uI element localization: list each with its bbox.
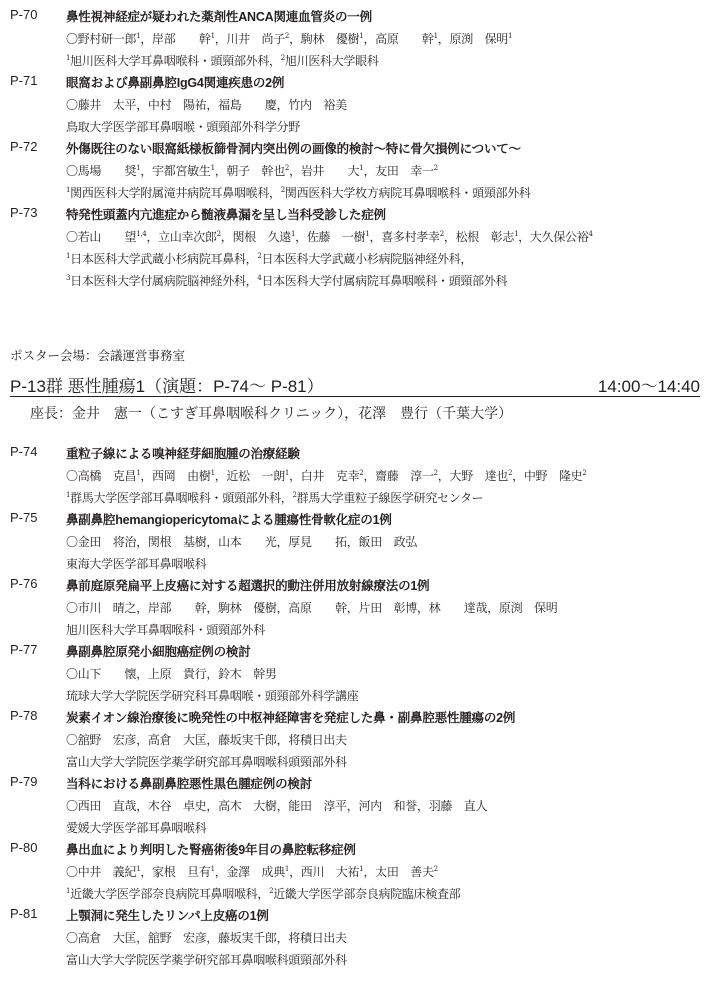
footnote-marker: 1 (359, 865, 363, 873)
abstract-title: 鼻前庭原発扁平上皮癌に対する超選択的動注併用放射線療法の1例 (66, 575, 710, 597)
footnote-marker: 2 (285, 32, 289, 40)
footnote-marker: 1 (136, 164, 140, 172)
footnote-marker: 2 (285, 164, 289, 172)
abstract-affiliation: 1関西医科大学附属滝井病院耳鼻咽喉科，2関西医科大学枚方病院耳鼻咽喉科・頭頸部外… (66, 182, 710, 204)
abstract-title: 外傷既往のない眼窩紙様板篩骨洞内突出例の画像的検討～特に骨欠損例について～ (66, 138, 710, 160)
footnote-marker: 1 (434, 32, 438, 40)
footnote-marker: 2 (257, 252, 261, 260)
abstract-entry: P-80鼻出血により判明した腎癌術後9年目の鼻腔転移症例〇中井 義紀1，家根 旦… (0, 839, 710, 905)
venue-label: ポスター会場：会議運営事務室 (10, 346, 185, 364)
abstract-authors: 〇馬場 奨1，宇都宮敏生1，朝子 幹也2，岩井 大1，友田 幸一2 (66, 160, 710, 182)
abstract-id: P-76 (10, 576, 37, 591)
abstract-authors: 〇中井 義紀1，家根 旦有1，金澤 成典1，西川 大祐1，太田 善夫2 (66, 861, 710, 883)
abstract-entry: P-71眼窩および鼻副鼻腔IgG4関連疾患の2例〇藤井 太平，中村 陽祐，福島 … (0, 72, 710, 138)
footnote-marker: 2 (440, 230, 444, 238)
footnote-marker: 1 (66, 491, 70, 499)
footnote-marker: 1 (211, 865, 215, 873)
footnote-marker: 1 (211, 469, 215, 477)
abstract-affiliation: 1日本医科大学武蔵小杉病院耳鼻科，2日本医科大学武蔵小杉病院脳神経外科， (66, 248, 710, 270)
session-chairs: 座長：金井 憲一（こすぎ耳鼻咽喉科クリニック），花澤 豊行（千葉大学） (30, 403, 512, 423)
footnote-marker: 1 (66, 186, 70, 194)
abstract-affiliation: 1近畿大学医学部奈良病院耳鼻咽喉科，2近畿大学医学部奈良病院臨床検査部 (66, 883, 710, 905)
footnote-marker: 2 (434, 164, 438, 172)
abstract-affiliation: 琉球大学大学院医学研究科耳鼻咽喉・頭頸部外科学講座 (66, 685, 710, 707)
abstract-authors: 〇藤井 太平，中村 陽祐，福島 慶，竹内 裕美 (66, 94, 710, 116)
session-time: 14:00～14:40 (598, 372, 700, 397)
abstract-affiliation: 東海大学医学部耳鼻咽喉科 (66, 553, 710, 575)
abstract-title: 鼻副鼻腔hemangiopericytomaによる腫瘍性骨軟化症の1例 (66, 509, 710, 531)
abstract-affiliation: 1群馬大学医学部耳鼻咽喉科・頭頸部外科，2群馬大学重粒子線医学研究センター (66, 487, 710, 509)
abstract-affiliation: 旭川医科大学耳鼻咽喉科・頭頸部外科 (66, 619, 710, 641)
abstract-entry: P-79当科における鼻副鼻腔悪性黒色腫症例の検討〇西田 直哉，木谷 卓史，高木 … (0, 773, 710, 839)
footnote-marker: 1 (508, 32, 512, 40)
abstract-id: P-79 (10, 774, 37, 789)
abstract-title: 炭素イオン線治療後に晩発性の中枢神経障害を発症した鼻・副鼻腔悪性腫瘍の2例 (66, 707, 710, 729)
footnote-marker: 2 (217, 230, 221, 238)
abstract-title: 上顎洞に発生したリンパ上皮癌の1例 (66, 905, 710, 927)
abstract-authors: 〇金田 将治，関根 基樹，山本 光，厚見 拓，飯田 政弘 (66, 531, 710, 553)
abstract-list-lower: P-74重粒子線による嗅神経芽細胞腫の治療経験〇高橋 克昌1，西岡 由樹1，近松… (0, 443, 710, 971)
abstract-title: 鼻性視神経症が疑われた薬剤性ANCA関連血管炎の一例 (66, 6, 710, 28)
footnote-marker: 2 (269, 887, 273, 895)
footnote-marker: 1 (285, 865, 289, 873)
abstract-id: P-74 (10, 444, 37, 459)
abstract-entry: P-75鼻副鼻腔hemangiopericytomaによる腫瘍性骨軟化症の1例〇… (0, 509, 710, 575)
abstract-authors: 〇山下 懐，上原 貴行，鈴木 幹男 (66, 663, 710, 685)
footnote-marker: 4 (588, 230, 592, 238)
abstract-entry: P-81上顎洞に発生したリンパ上皮癌の1例〇高倉 大匡，舘野 宏彦，藤坂実千郎，… (0, 905, 710, 971)
abstract-entry: P-77鼻副鼻腔原発小細胞癌症例の検討〇山下 懐，上原 貴行，鈴木 幹男琉球大学… (0, 641, 710, 707)
abstract-title: 鼻副鼻腔原発小細胞癌症例の検討 (66, 641, 710, 663)
abstract-entry: P-74重粒子線による嗅神経芽細胞腫の治療経験〇高橋 克昌1，西岡 由樹1，近松… (0, 443, 710, 509)
abstract-affiliation: 1旭川医科大学耳鼻咽喉科・頭頸部外科，2旭川医科大学眼科 (66, 50, 710, 72)
abstract-authors: 〇野村研一郎1，岸部 幹1，川井 尚子2，駒林 優樹1，高原 幹1，原渕 保明1 (66, 28, 710, 50)
footnote-marker: 1 (365, 230, 369, 238)
footnote-marker: 2 (582, 469, 586, 477)
session-header: P-13群 悪性腫瘍1（演題：P-74～ P-81） 14:00～14:40 (10, 370, 700, 397)
footnote-marker: 1 (514, 230, 518, 238)
abstract-authors: 〇高倉 大匡，舘野 宏彦，藤坂実千郎，将積日出夫 (66, 927, 710, 949)
abstract-authors: 〇市川 晴之，岸部 幹，駒林 優樹，高原 幹，片田 彰博，林 達哉，原渕 保明 (66, 597, 710, 619)
abstract-id: P-78 (10, 708, 37, 723)
abstract-id: P-71 (10, 73, 37, 88)
footnote-marker: 2 (281, 186, 285, 194)
footnote-marker: 1 (136, 469, 140, 477)
abstract-entry: P-70鼻性視神経症が疑われた薬剤性ANCA関連血管炎の一例〇野村研一郎1，岸部… (0, 6, 710, 72)
abstract-title: 当科における鼻副鼻腔悪性黒色腫症例の検討 (66, 773, 710, 795)
abstract-title: 鼻出血により判明した腎癌術後9年目の鼻腔転移症例 (66, 839, 710, 861)
footnote-marker: 2 (434, 469, 438, 477)
abstract-authors: 〇高橋 克昌1，西岡 由樹1，近松 一朗1，白井 克幸2，齋藤 淳一2，大野 達… (66, 465, 710, 487)
footnote-marker: 1,4 (136, 230, 146, 238)
footnote-marker: 2 (292, 491, 296, 499)
abstract-entry: P-78炭素イオン線治療後に晩発性の中枢神経障害を発症した鼻・副鼻腔悪性腫瘍の2… (0, 707, 710, 773)
abstract-entry: P-73特発性頭蓋内亢進症から髄液鼻漏を呈し当科受診した症例〇若山 望1,4，立… (0, 204, 710, 292)
footnote-marker: 1 (359, 32, 363, 40)
abstract-list-upper: P-70鼻性視神経症が疑われた薬剤性ANCA関連血管炎の一例〇野村研一郎1，岸部… (0, 6, 710, 292)
footnote-marker: 1 (66, 54, 70, 62)
footnote-marker: 2 (359, 469, 363, 477)
abstract-entry: P-72外傷既往のない眼窩紙様板篩骨洞内突出例の画像的検討～特に骨欠損例について… (0, 138, 710, 204)
abstract-id: P-73 (10, 205, 37, 220)
abstract-authors: 〇舘野 宏彦，高倉 大匡，藤坂実千郎，将積日出夫 (66, 729, 710, 751)
footnote-marker: 1 (291, 230, 295, 238)
footnote-marker: 1 (359, 164, 363, 172)
abstract-title: 重粒子線による嗅神経芽細胞腫の治療経験 (66, 443, 710, 465)
abstract-authors: 〇若山 望1,4，立山幸次郎2，関根 久遠1，佐藤 一樹1，喜多村孝幸2，松根 … (66, 226, 710, 248)
abstract-id: P-80 (10, 840, 37, 855)
footnote-marker: 1 (66, 887, 70, 895)
abstract-affiliation: 愛媛大学医学部耳鼻咽喉科 (66, 817, 710, 839)
abstract-id: P-75 (10, 510, 37, 525)
abstract-affiliation: 鳥取大学医学部耳鼻咽喉・頭頸部外科学分野 (66, 116, 710, 138)
footnote-marker: 1 (211, 32, 215, 40)
footnote-marker: 1 (285, 469, 289, 477)
footnote-marker: 1 (136, 32, 140, 40)
abstract-authors: 〇西田 直哉，木谷 卓史，高木 大樹，能田 淳平，河内 和誉，羽藤 直人 (66, 795, 710, 817)
abstract-entry: P-76鼻前庭原発扁平上皮癌に対する超選択的動注併用放射線療法の1例〇市川 晴之… (0, 575, 710, 641)
abstract-affiliation: 富山大学大学院医学薬学研究部耳鼻咽喉科頭頸部外科 (66, 949, 710, 971)
footnote-marker: 3 (66, 274, 70, 282)
footnote-marker: 1 (66, 252, 70, 260)
abstract-id: P-70 (10, 7, 37, 22)
footnote-marker: 2 (508, 469, 512, 477)
abstract-title: 眼窩および鼻副鼻腔IgG4関連疾患の2例 (66, 72, 710, 94)
abstract-affiliation: 3日本医科大学付属病院脳神経外科，4日本医科大学付属病院耳鼻咽喉科・頭頸部外科 (66, 270, 710, 292)
footnote-marker: 4 (257, 274, 261, 282)
footnote-marker: 1 (211, 164, 215, 172)
footnote-marker: 1 (136, 865, 140, 873)
abstract-title: 特発性頭蓋内亢進症から髄液鼻漏を呈し当科受診した症例 (66, 204, 710, 226)
footnote-marker: 2 (434, 865, 438, 873)
abstract-id: P-77 (10, 642, 37, 657)
footnote-marker: 2 (281, 54, 285, 62)
session-title: P-13群 悪性腫瘍1（演題：P-74～ P-81） (10, 372, 324, 397)
abstract-id: P-72 (10, 139, 37, 154)
abstract-id: P-81 (10, 906, 37, 921)
abstract-affiliation: 富山大学大学院医学薬学研究部耳鼻咽喉科頭頸部外科 (66, 751, 710, 773)
